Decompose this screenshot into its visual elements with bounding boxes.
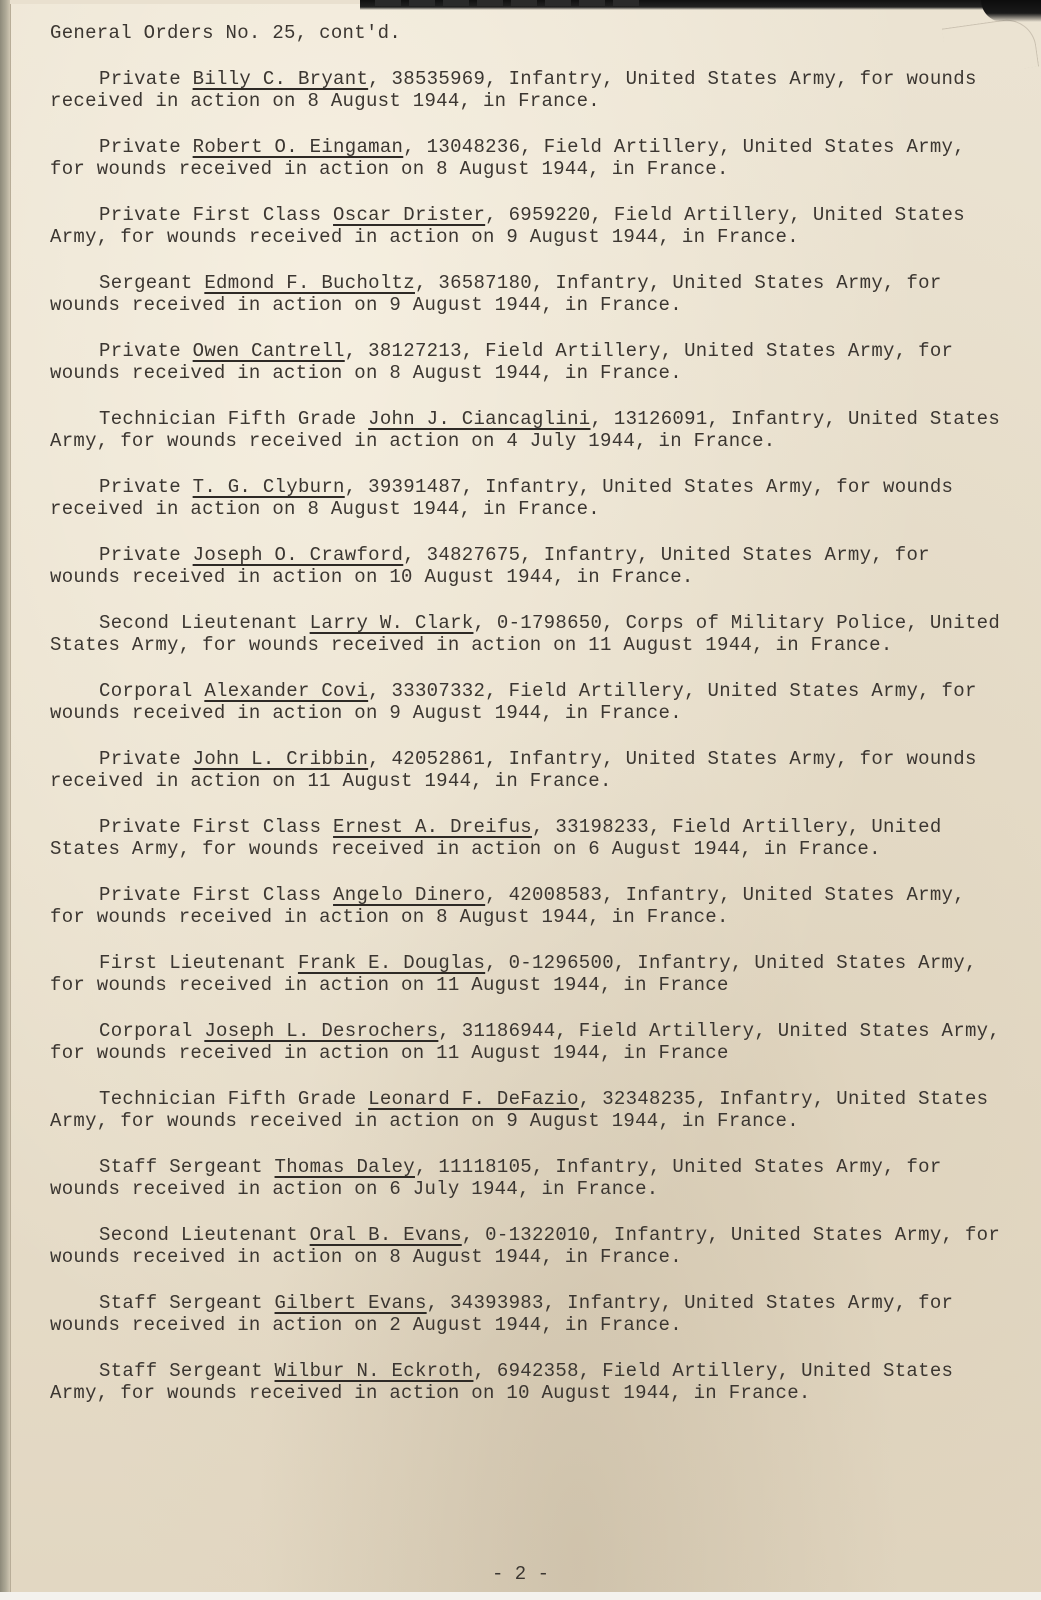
citation-entry: First Lieutenant Frank E. Douglas, 0-129… — [50, 952, 1010, 996]
soldier-name: Gilbert Evans — [275, 1292, 427, 1314]
rank: Private — [99, 68, 181, 90]
soldier-name: Owen Cantrell — [193, 340, 345, 362]
soldier-name: Ernest A. Dreifus — [333, 816, 532, 838]
rank: Private — [99, 544, 181, 566]
rank: Private — [99, 340, 181, 362]
document-body: General Orders No. 25, cont'd. Private B… — [50, 22, 1010, 1428]
soldier-name: John L. Cribbin — [193, 748, 369, 770]
rank: Private First Class — [99, 204, 321, 226]
citation-entry: Private Owen Cantrell, 38127213, Field A… — [50, 340, 1010, 384]
soldier-name: Joseph L. Desrochers — [204, 1020, 438, 1042]
rank: Technician Fifth Grade — [99, 408, 356, 430]
scan-left-edge — [0, 0, 10, 1600]
rank: Sergeant — [99, 272, 193, 294]
rank: Private First Class — [99, 884, 321, 906]
rank: Second Lieutenant — [99, 612, 298, 634]
citation-details: , 34827675, Infantry, United States Army… — [50, 544, 930, 588]
soldier-name: Oscar Drister — [333, 204, 485, 226]
citation-details: , 31186944, Field Artillery, United Stat… — [50, 1020, 1000, 1064]
soldier-name: John J. Ciancaglini — [368, 408, 590, 430]
soldier-name: Robert O. Eingaman — [193, 136, 404, 158]
rank: Staff Sergeant — [99, 1292, 263, 1314]
scan-bottom-edge — [0, 1592, 1041, 1600]
citation-entry: Corporal Joseph L. Desrochers, 31186944,… — [50, 1020, 1010, 1064]
soldier-name: Thomas Daley — [275, 1156, 415, 1178]
citation-entry: Private T. G. Clyburn, 39391487, Infantr… — [50, 476, 1010, 520]
citation-entry: Corporal Alexander Covi, 33307332, Field… — [50, 680, 1010, 724]
rank: Staff Sergeant — [99, 1156, 263, 1178]
citation-details: , 39391487, Infantry, United States Army… — [50, 476, 953, 520]
citation-entry: Staff Sergeant Gilbert Evans, 34393983, … — [50, 1292, 1010, 1336]
citation-details: , 42052861, Infantry, United States Army… — [50, 748, 977, 792]
soldier-name: Oral B. Evans — [310, 1224, 462, 1246]
citation-entry: Technician Fifth Grade Leonard F. DeFazi… — [50, 1088, 1010, 1132]
citation-entry: Private First Class Ernest A. Dreifus, 3… — [50, 816, 1010, 860]
rank: First Lieutenant — [99, 952, 286, 974]
soldier-name: Leonard F. DeFazio — [368, 1088, 579, 1110]
soldier-name: Angelo Dinero — [333, 884, 485, 906]
rank: Second Lieutenant — [99, 1224, 298, 1246]
page-number: - 2 - — [0, 1563, 1041, 1585]
rank: Private — [99, 136, 181, 158]
soldier-name: Billy C. Bryant — [193, 68, 369, 90]
citation-entry: Staff Sergeant Wilbur N. Eckroth, 694235… — [50, 1360, 1010, 1404]
citation-entry: Sergeant Edmond F. Bucholtz, 36587180, I… — [50, 272, 1010, 316]
citation-entry: Staff Sergeant Thomas Daley, 11118105, I… — [50, 1156, 1010, 1200]
rank: Staff Sergeant — [99, 1360, 263, 1382]
soldier-name: Joseph O. Crawford — [193, 544, 404, 566]
rank: Private — [99, 748, 181, 770]
soldier-name: Larry W. Clark — [310, 612, 474, 634]
citation-details: , 38535969, Infantry, United States Army… — [50, 68, 977, 112]
citation-entry: Private First Class Angelo Dinero, 42008… — [50, 884, 1010, 928]
soldier-name: Alexander Covi — [204, 680, 368, 702]
soldier-name: Frank E. Douglas — [298, 952, 485, 974]
soldier-name: Wilbur N. Eckroth — [275, 1360, 474, 1382]
rank: Private First Class — [99, 816, 321, 838]
rank: Corporal — [99, 680, 193, 702]
rank: Private — [99, 476, 181, 498]
citation-entry: Second Lieutenant Larry W. Clark, 0-1798… — [50, 612, 1010, 656]
citation-entry: Private Billy C. Bryant, 38535969, Infan… — [50, 68, 1010, 112]
citation-entry: Private Joseph O. Crawford, 34827675, In… — [50, 544, 1010, 588]
soldier-name: T. G. Clyburn — [193, 476, 345, 498]
previous-page-underline — [375, 0, 640, 6]
citation-entry: Private First Class Oscar Drister, 69592… — [50, 204, 1010, 248]
citation-details: , 13048236, Field Artillery, United Stat… — [50, 136, 965, 180]
soldier-name: Edmond F. Bucholtz — [204, 272, 415, 294]
citation-entry: Private John L. Cribbin, 42052861, Infan… — [50, 748, 1010, 792]
citation-entry: Second Lieutenant Oral B. Evans, 0-13220… — [50, 1224, 1010, 1268]
citation-entry: Technician Fifth Grade John J. Ciancagli… — [50, 408, 1010, 452]
rank: Corporal — [99, 1020, 193, 1042]
citation-details: , 38127213, Field Artillery, United Stat… — [50, 340, 953, 384]
rank: Technician Fifth Grade — [99, 1088, 356, 1110]
document-header: General Orders No. 25, cont'd. — [50, 22, 1010, 44]
citation-entry: Private Robert O. Eingaman, 13048236, Fi… — [50, 136, 1010, 180]
